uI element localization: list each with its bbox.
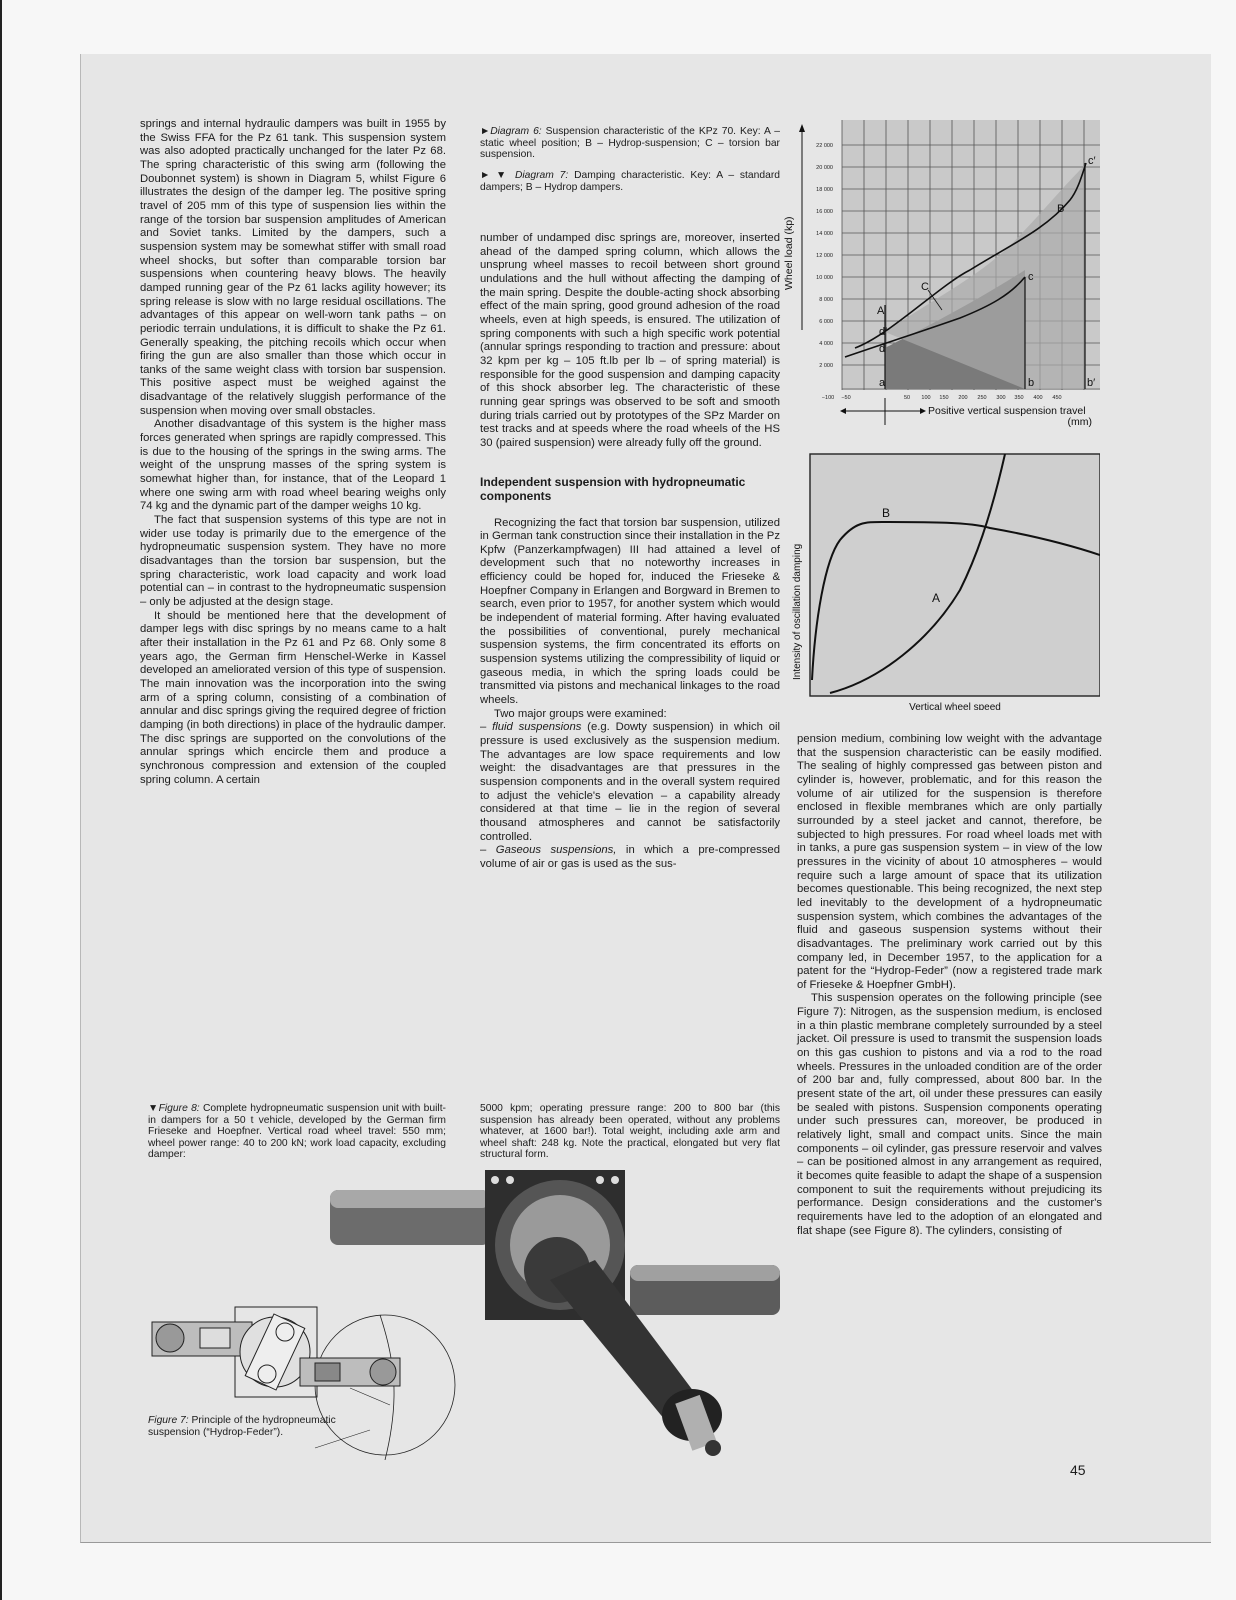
svg-text:C: C <box>921 281 929 293</box>
column-middle: number of undamped disc springs are, mor… <box>480 232 780 872</box>
svg-text:(mm): (mm) <box>1068 416 1093 428</box>
svg-text:−50: −50 <box>841 395 850 401</box>
caption-figure-8: ▼Figure 8: Complete hydropneumatic suspe… <box>148 1103 446 1161</box>
svg-text:c′: c′ <box>1088 155 1096 167</box>
svg-text:−100: −100 <box>822 395 834 401</box>
svg-text:a: a <box>879 377 886 389</box>
x-axis-label: Vertical wheel speed <box>909 702 1001 710</box>
caption-diagram-7: ► ▼ Diagram 7: Damping characteristic. K… <box>480 170 780 193</box>
y-axis-label: Intensity of oscillation damping <box>792 544 803 680</box>
svg-text:c: c <box>1028 271 1034 283</box>
list-item: – fluid suspensions (e.g. Dowty suspensi… <box>480 721 780 844</box>
arrow-down-marker-icon: ▼ <box>148 1103 159 1114</box>
caption-label: Figure 8: <box>159 1103 200 1114</box>
svg-text:b: b <box>1028 377 1034 389</box>
page-number: 45 <box>1070 1462 1086 1478</box>
svg-text:10 000: 10 000 <box>816 275 833 281</box>
list-item: – Gaseous suspensions, in which a pre-co… <box>480 844 780 871</box>
column-left: springs and internal hydraulic dampers w… <box>140 118 446 787</box>
svg-text:A: A <box>877 305 885 317</box>
caption-label: Figure 7: <box>148 1415 189 1426</box>
paragraph: springs and internal hydraulic dampers w… <box>140 118 446 418</box>
svg-text:50: 50 <box>904 395 910 401</box>
svg-text:350: 350 <box>1014 395 1023 401</box>
svg-text:300: 300 <box>996 395 1005 401</box>
caption-figure-7: Figure 7: Principle of the hydropneumati… <box>148 1415 338 1438</box>
arrow-markers-icon: ► ▼ <box>480 170 509 181</box>
paragraph: pension medium, combining low weight wit… <box>797 733 1102 992</box>
paragraph: number of undamped disc springs are, mor… <box>480 232 780 451</box>
paragraph: Two major groups were examined: <box>480 708 780 722</box>
svg-text:200: 200 <box>958 395 967 401</box>
svg-text:12 000: 12 000 <box>816 253 833 259</box>
diagram-6-chart: ABC d′da bb′cc′ 22 00020 00018 000 16 00… <box>770 120 1100 430</box>
section-heading: Independent suspension with hydropneumat… <box>480 475 780 503</box>
svg-text:6 000: 6 000 <box>819 319 833 325</box>
svg-text:b′: b′ <box>1087 377 1095 389</box>
svg-text:16 000: 16 000 <box>816 209 833 215</box>
svg-text:400: 400 <box>1033 395 1042 401</box>
svg-text:450: 450 <box>1052 395 1061 401</box>
svg-text:18 000: 18 000 <box>816 187 833 193</box>
figure-8-photo <box>320 1170 800 1460</box>
paragraph: Another disadvantage of this system is t… <box>140 418 446 514</box>
svg-text:14 000: 14 000 <box>816 231 833 237</box>
svg-text:B: B <box>882 506 890 520</box>
svg-text:100: 100 <box>921 395 930 401</box>
paragraph: It should be mentioned here that the dev… <box>140 610 446 788</box>
x-axis-label: Positive vertical suspension travel <box>928 405 1086 417</box>
svg-text:250: 250 <box>977 395 986 401</box>
scan-left-edge <box>0 0 2 1600</box>
svg-text:d: d <box>879 343 885 355</box>
svg-text:8 000: 8 000 <box>819 297 833 303</box>
svg-text:A: A <box>932 591 940 605</box>
svg-text:d′: d′ <box>879 326 887 338</box>
caption-label: Diagram 7: <box>515 170 568 181</box>
caption-label: Diagram 6: <box>490 126 541 137</box>
svg-text:2 000: 2 000 <box>819 363 833 369</box>
diagram-7-chart: B A Intensity of oscillation damping Ver… <box>770 440 1100 710</box>
caption-diagram-6: ►Diagram 6: Suspension characteristic of… <box>480 126 780 161</box>
svg-text:4 000: 4 000 <box>819 341 833 347</box>
column-right: pension medium, combining low weight wit… <box>797 733 1102 1238</box>
paragraph: The fact that suspension systems of this… <box>140 514 446 610</box>
caption-figure-8-continued: 5000 kpm; operating pressure range: 200 … <box>480 1103 780 1161</box>
y-axis-label: Wheel load (kp) <box>783 216 795 290</box>
svg-text:22 000: 22 000 <box>816 143 833 149</box>
svg-text:20 000: 20 000 <box>816 165 833 171</box>
svg-text:B: B <box>1057 203 1064 215</box>
paragraph: Recognizing the fact that torsion bar su… <box>480 517 780 708</box>
arrow-right-marker-icon: ► <box>480 126 490 137</box>
paragraph: This suspension operates on the followin… <box>797 992 1102 1238</box>
svg-text:150: 150 <box>939 395 948 401</box>
